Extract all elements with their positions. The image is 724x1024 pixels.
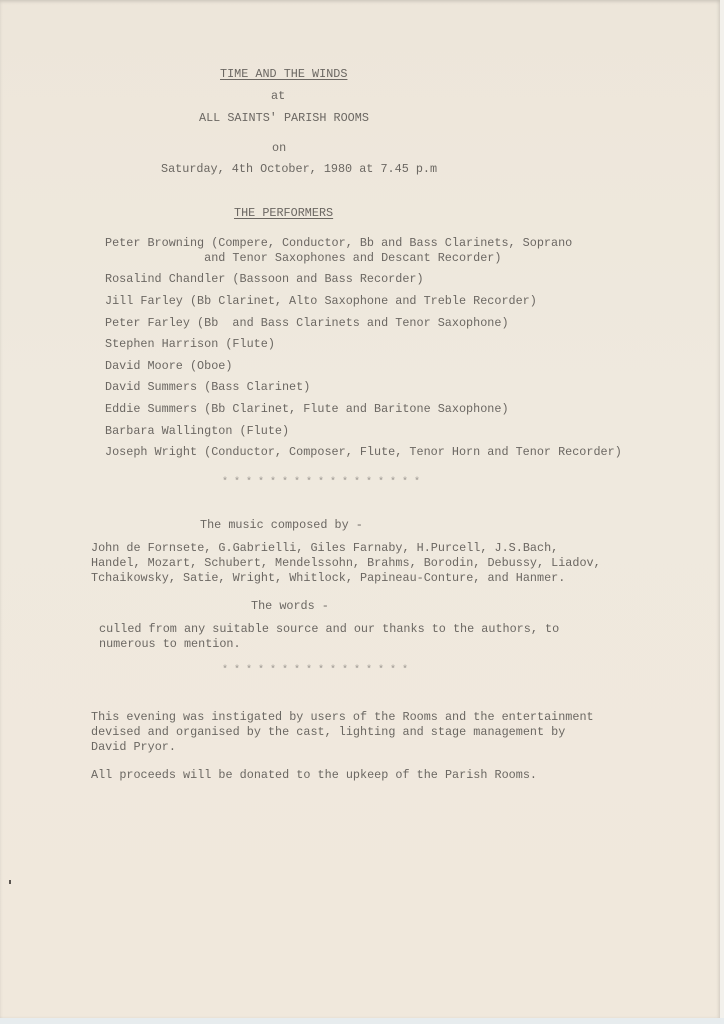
on-label: on xyxy=(272,141,286,155)
closing-line: This evening was instigated by users of … xyxy=(91,710,594,724)
performer-line: and Tenor Saxophones and Descant Recorde… xyxy=(105,251,501,265)
words-heading: The words - xyxy=(251,599,329,613)
venue: ALL SAINTS' PARISH ROOMS xyxy=(199,111,369,125)
event-date: Saturday, 4th October, 1980 at 7.45 p.m xyxy=(161,162,437,176)
composers-line: John de Fornsete, G.Gabrielli, Giles Far… xyxy=(91,541,558,555)
performer-line: Eddie Summers (Bb Clarinet, Flute and Ba… xyxy=(105,402,509,416)
scanner-background xyxy=(0,1018,724,1024)
performer-line: Joseph Wright (Conductor, Composer, Flut… xyxy=(105,445,622,459)
composers-line: Handel, Mozart, Schubert, Mendelssohn, B… xyxy=(91,556,601,570)
words-line: culled from any suitable source and our … xyxy=(99,622,559,636)
paper-right-edge xyxy=(720,0,724,1018)
document-title: TIME AND THE WINDS xyxy=(220,67,347,81)
star-divider: * * * * * * * * * * * * * * * * xyxy=(222,665,408,677)
performer-line: Barbara Wallington (Flute) xyxy=(105,424,289,438)
performer-line: Jill Farley (Bb Clarinet, Alto Saxophone… xyxy=(105,294,537,308)
performer-line: Rosalind Chandler (Bassoon and Bass Reco… xyxy=(105,272,424,286)
closing-line: devised and organised by the cast, light… xyxy=(91,725,565,739)
paper-speck xyxy=(9,880,11,884)
performer-line: Peter Browning (Compere, Conductor, Bb a… xyxy=(105,236,572,250)
star-divider: * * * * * * * * * * * * * * * * * xyxy=(222,477,420,489)
composers-line: Tchaikowsky, Satie, Wright, Whitlock, Pa… xyxy=(91,571,565,585)
proceeds-line: All proceeds will be donated to the upke… xyxy=(91,768,537,782)
music-heading: The music composed by - xyxy=(200,518,363,532)
performer-line: David Summers (Bass Clarinet) xyxy=(105,380,310,394)
performer-line: Peter Farley (Bb and Bass Clarinets and … xyxy=(105,316,509,330)
closing-line: David Pryor. xyxy=(91,740,176,754)
typewritten-programme-page xyxy=(0,0,720,1018)
at-label: at xyxy=(271,89,285,103)
words-line: numerous to mention. xyxy=(99,637,241,651)
performers-heading: THE PERFORMERS xyxy=(234,206,333,220)
performer-line: David Moore (Oboe) xyxy=(105,359,232,373)
performer-line: Stephen Harrison (Flute) xyxy=(105,337,275,351)
